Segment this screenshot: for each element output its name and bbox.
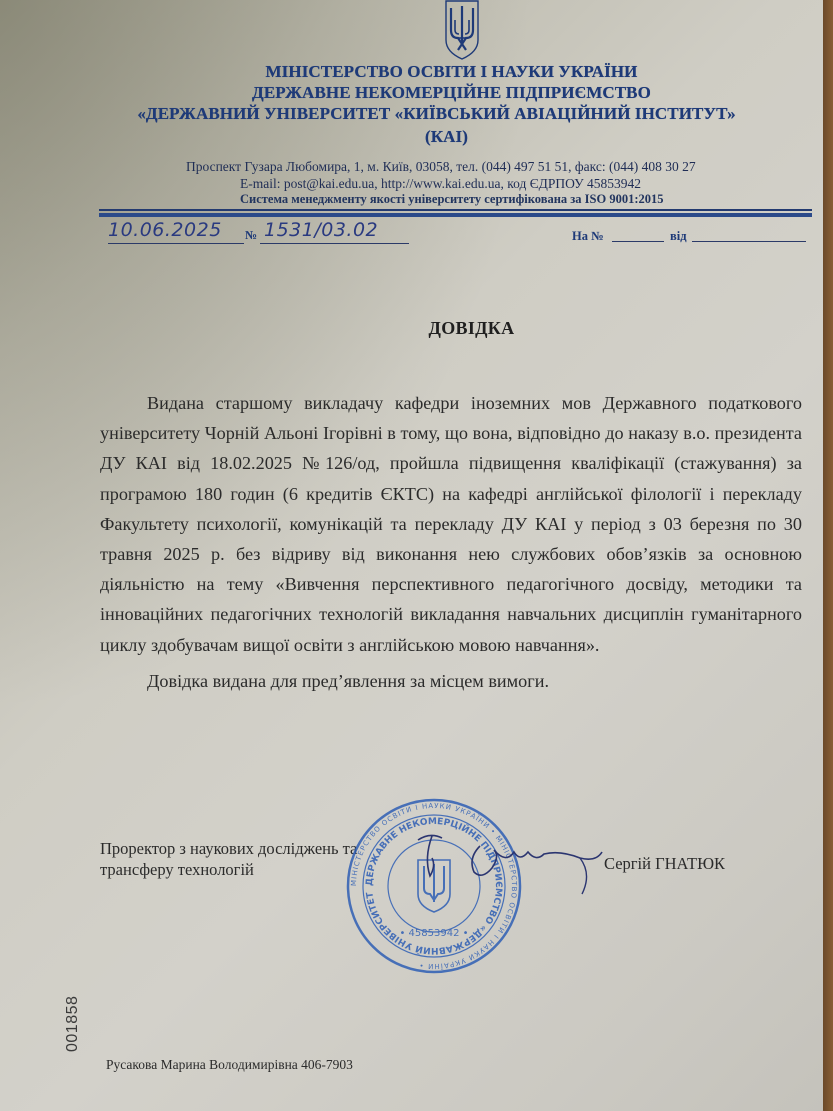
university-abbreviation: (КАІ): [30, 127, 833, 147]
reference-number-blank: [612, 227, 664, 242]
address-line: Проспект Гузара Любомира, 1, м. Київ, 03…: [186, 159, 696, 175]
reference-number-label: На №: [572, 229, 604, 244]
header-divider-thick: [99, 213, 812, 217]
reference-date-blank: [692, 227, 806, 242]
signer-position-line2: трансферу технологій: [100, 859, 357, 880]
ministry-name: МІНІСТЕРСТВО ОСВІТИ І НАУКИ УКРАЇНИ: [35, 62, 833, 82]
svg-text:• 45853942 •: • 45853942 •: [399, 928, 468, 939]
reference-date-label: від: [670, 229, 687, 244]
contacts-line: E-mail: post@kai.edu.ua, http://www.kai.…: [240, 176, 641, 192]
document-body: Видана старшому викладачу кафедри інозем…: [100, 388, 802, 696]
university-name: «ДЕРЖАВНИЙ УНІВЕРСИТЕТ «КИЇВСЬКИЙ АВІАЦІ…: [20, 104, 833, 124]
number-label: №: [245, 228, 257, 243]
body-paragraph-closing: Довідка видана для пред’явлення за місце…: [100, 666, 802, 696]
document-title: ДОВІДКА: [0, 318, 833, 339]
outgoing-number: 1531/03.02: [260, 219, 409, 244]
table-surface-edge: [823, 0, 833, 1111]
certification-line: Система менеджменту якості університету …: [240, 192, 664, 207]
body-paragraph-main: Видана старшому викладачу кафедри інозем…: [100, 388, 802, 660]
trident-icon: [443, 0, 481, 60]
executor-contact: Русакова Марина Володимирівна 406-7903: [106, 1057, 353, 1073]
signer-position: Проректор з наукових досліджень та транс…: [100, 838, 357, 880]
enterprise-type: ДЕРЖАВНЕ НЕКОМЕРЦІЙНЕ ПІДПРИЄМСТВО: [35, 83, 833, 103]
signer-position-line1: Проректор з наукових досліджень та: [100, 838, 357, 859]
form-serial-number: 001858: [64, 996, 82, 1052]
handwritten-signature-icon: [410, 828, 610, 900]
header-divider-thin: [99, 209, 812, 211]
signer-name: Сергій ГНАТЮК: [604, 854, 725, 874]
outgoing-date: 10.06.2025: [108, 219, 244, 244]
